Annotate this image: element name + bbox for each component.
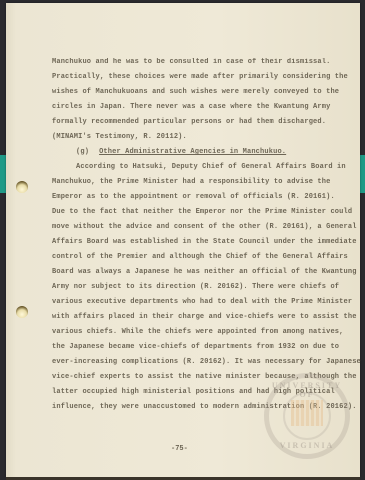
text-line: Affairs Board was established in the Sta… (52, 235, 327, 250)
text-line: wishes of Manchukuoans and such wishes w… (52, 85, 327, 100)
text-line: Manchukuo and he was to be consulted in … (52, 55, 327, 70)
text-line: Due to the fact that neither the Emperor… (52, 205, 327, 220)
text-line: ever-increasing complications (R. 20162)… (52, 355, 327, 370)
section-label: (g) (76, 148, 99, 156)
text-line: Board was always a Japanese he was neith… (52, 265, 327, 280)
text-line: According to Hatsuki, Deputy Chief of Ge… (52, 160, 327, 175)
section-heading: (g)Other Administrative Agencies in Manc… (52, 145, 327, 160)
text-line: Army nor subject to its direction (R. 20… (52, 280, 327, 295)
text-line: control of the Premier and although the … (52, 250, 327, 265)
document-body: Manchukuo and he was to be consulted in … (52, 55, 327, 415)
text-line: circles in Japan. There never was a case… (52, 100, 327, 115)
page-number: -75- (171, 445, 188, 453)
section-title: Other Administrative Agencies in Manchuk… (99, 148, 286, 156)
text-line: various chiefs. While the chiefs were ap… (52, 325, 327, 340)
text-line: Practically, these choices were made aft… (52, 70, 327, 85)
document-page: Manchukuo and he was to be consulted in … (6, 3, 360, 477)
text-line: (MINAMI's Testimony, R. 20112). (52, 130, 327, 145)
text-line: move without the advice and consent of t… (52, 220, 327, 235)
text-line: Manchukuo, the Prime Minister had a resp… (52, 175, 327, 190)
text-line: with affairs placed in their charge and … (52, 310, 327, 325)
university-seal-watermark: UNIVERSITY OF VIRGINIA (264, 373, 350, 459)
backdrop-tab-right (360, 155, 365, 193)
text-line: various executive departments who had to… (52, 295, 327, 310)
seal-text-bottom: VIRGINIA (269, 441, 345, 450)
text-line: formally recommended particular persons … (52, 115, 327, 130)
punch-hole-icon (16, 181, 28, 193)
text-line: the Japanese became vice-chiefs of depar… (52, 340, 327, 355)
punch-hole-icon (16, 306, 28, 318)
rotunda-icon (291, 400, 323, 426)
text-line: Emperor as to the appointment or removal… (52, 190, 327, 205)
